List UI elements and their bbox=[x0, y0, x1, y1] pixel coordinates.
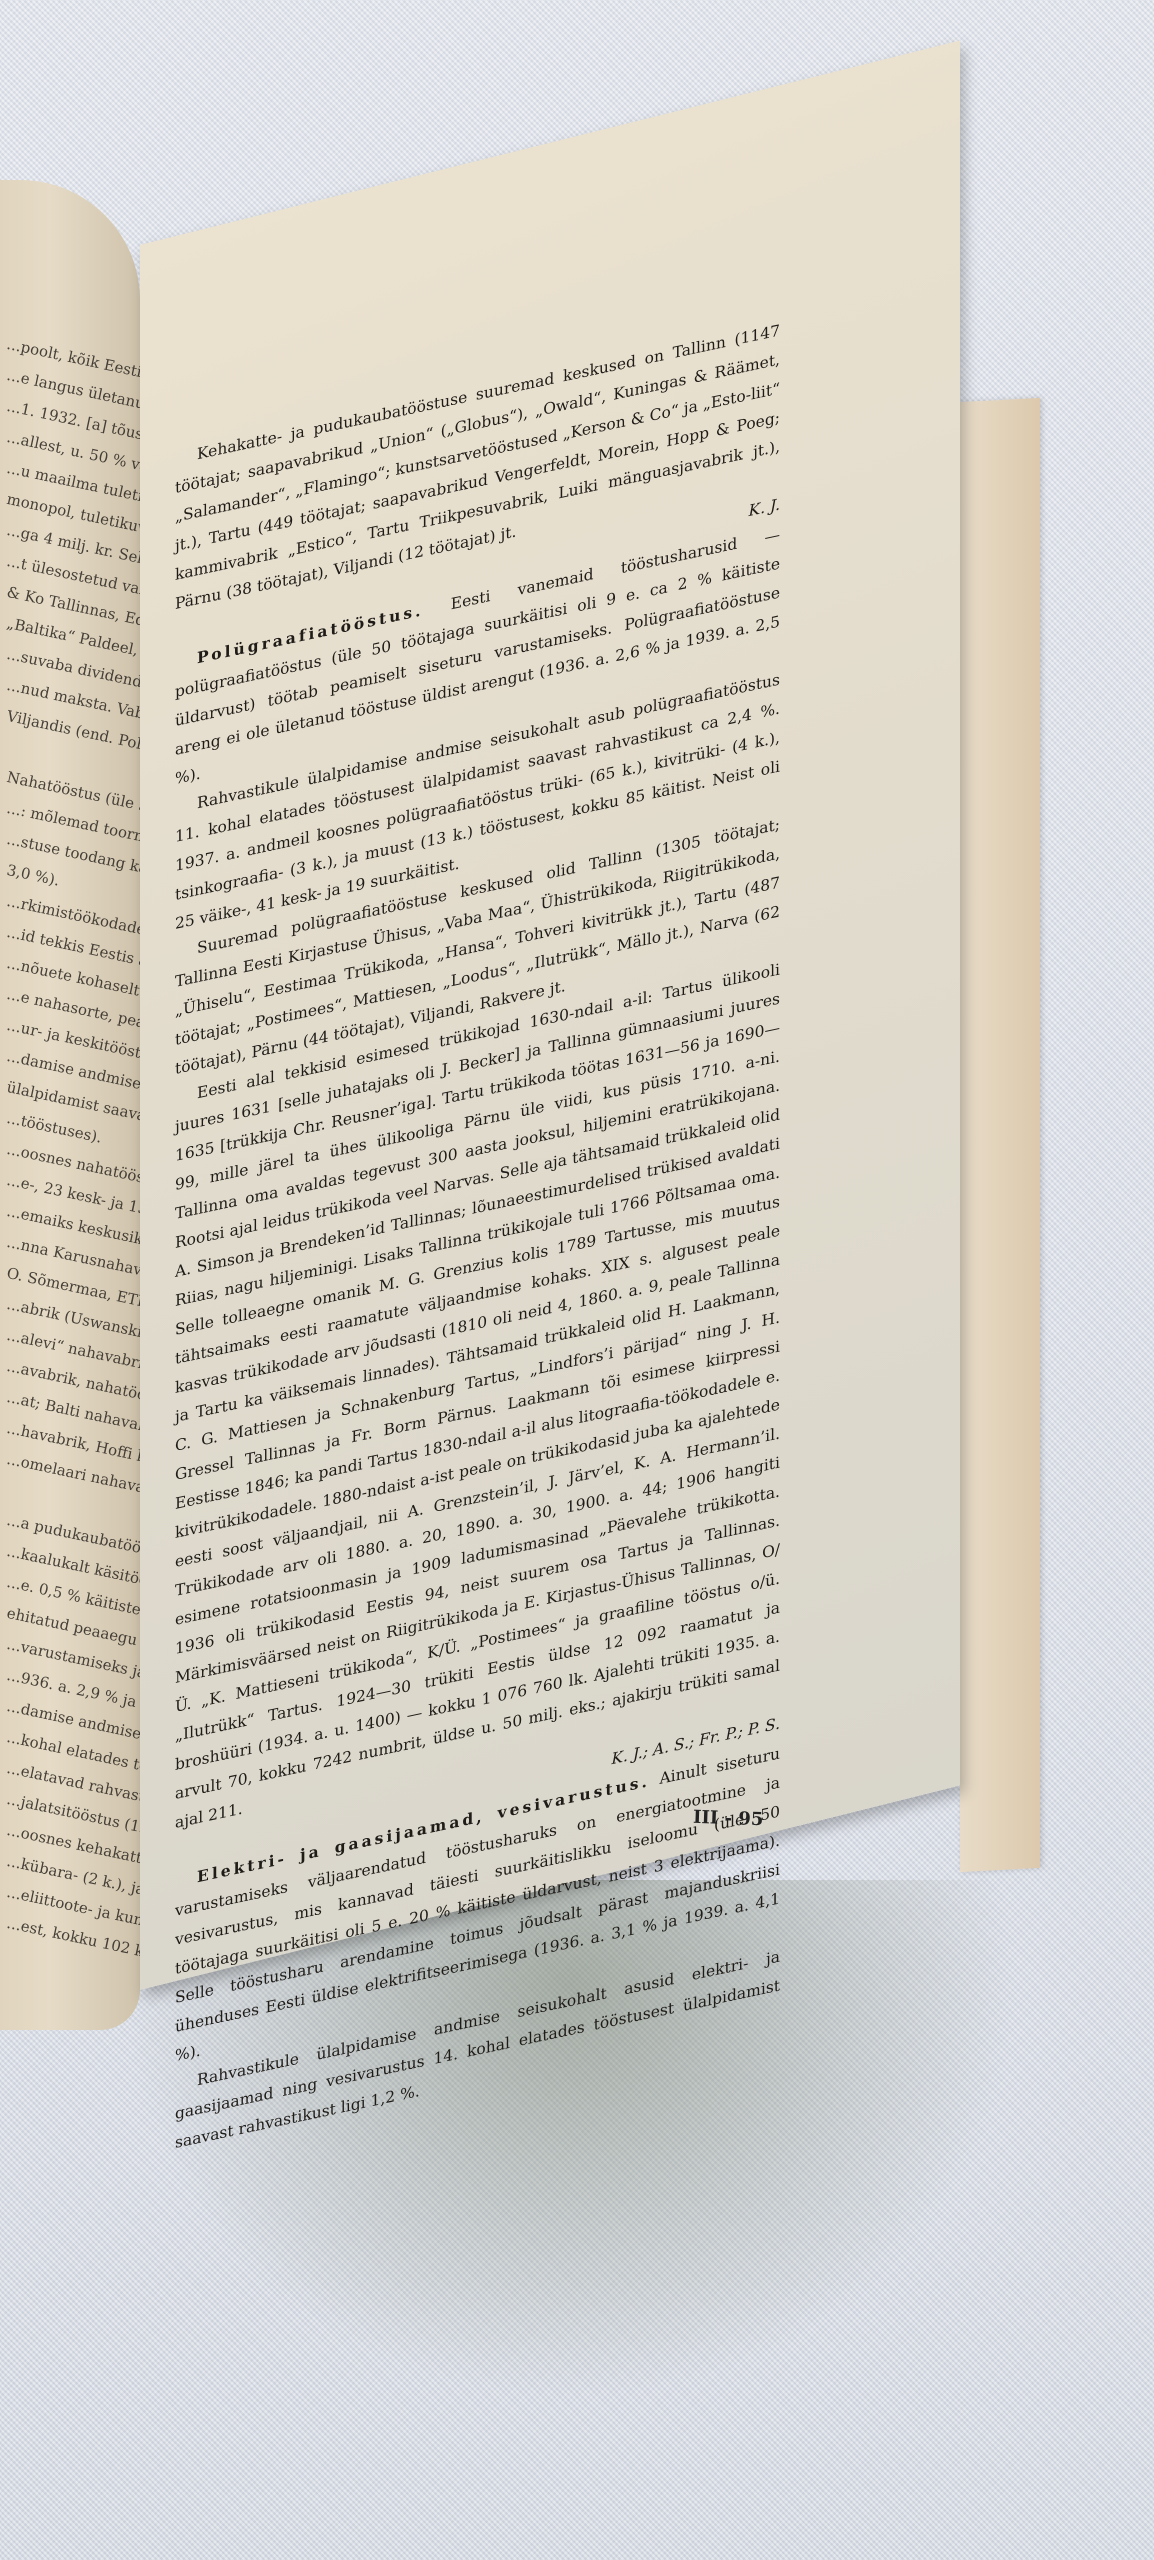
book-back-pages-edge bbox=[960, 398, 1040, 1872]
page-text-block: Kehakatte- ja pudukaubatööstuse suuremad… bbox=[175, 316, 780, 2158]
page-number: III - 95 bbox=[693, 1807, 764, 1830]
left-page-curled: ...poolt, kõik Eesti ......e langus ület… bbox=[0, 180, 140, 2030]
paragraph-ajalugu: Eesti alal tekkisid esimesed trükikojad … bbox=[175, 955, 780, 1838]
paragraph-text: Eesti alal tekkisid esimesed trükikojad … bbox=[175, 960, 780, 1832]
